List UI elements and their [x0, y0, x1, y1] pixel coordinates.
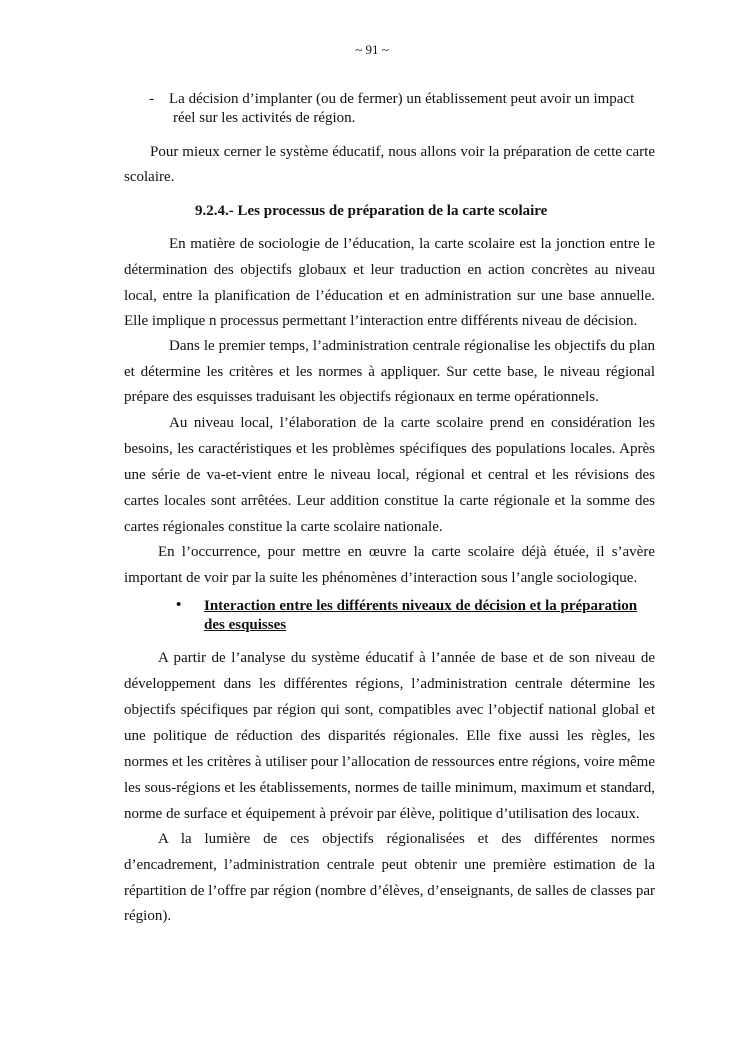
subheading-line: des esquisses — [204, 616, 286, 634]
paragraph-line: Elle implique n processus permettant l’i… — [124, 312, 637, 330]
list-marker: - — [149, 90, 154, 108]
paragraph-line: région). — [124, 907, 171, 925]
subheading-line: Interaction entre les différents niveaux… — [204, 597, 637, 615]
paragraph-line: objectifs spécifiques par région qui son… — [124, 701, 655, 719]
paragraph-line: normes et les critères à utiliser pour l… — [124, 753, 655, 771]
paragraph-line: une série de va-et-vient entre le niveau… — [124, 466, 655, 484]
paragraph-line: A la lumière de ces objectifs régionalis… — [158, 830, 655, 848]
paragraph-line: norme de surface et équipement à prévoir… — [124, 805, 640, 823]
paragraph-line: répartition de l’offre par région (nombr… — [124, 882, 655, 900]
paragraph-line: détermination des objectifs globaux et l… — [124, 261, 655, 279]
paragraph-line: d’encadrement, l’administration centrale… — [124, 856, 655, 874]
paragraph-line: et détermine les critères et les normes … — [124, 363, 655, 381]
paragraph-line: scolaire. — [124, 168, 174, 186]
paragraph-line: prépare des esquisses traduisant les obj… — [124, 388, 599, 406]
section-heading: 9.2.4.- Les processus de préparation de … — [195, 202, 547, 220]
paragraph-line: local, entre la planification de l’éduca… — [124, 287, 655, 305]
paragraph-line: Pour mieux cerner le système éducatif, n… — [150, 143, 655, 161]
paragraph-line: les sous-régions et les établissements, … — [124, 779, 655, 797]
list-item-line: réel sur les activités de région. — [173, 109, 355, 127]
paragraph-line: Dans le premier temps, l’administration … — [169, 337, 655, 355]
page-number: ~ 91 ~ — [0, 41, 744, 59]
paragraph-line: une politique de réduction des disparité… — [124, 727, 655, 745]
list-item-line: La décision d’implanter (ou de fermer) u… — [169, 90, 634, 108]
paragraph-line: cartes locales sont arrêtées. Leur addit… — [124, 492, 655, 510]
paragraph-line: En l’occurrence, pour mettre en œuvre la… — [158, 543, 655, 561]
paragraph-line: cartes régionales constitue la carte sco… — [124, 518, 443, 536]
paragraph-line: développement dans les différentes régio… — [124, 675, 655, 693]
paragraph-line: A partir de l’analyse du système éducati… — [158, 649, 655, 667]
paragraph-line: Au niveau local, l’élaboration de la car… — [169, 414, 655, 432]
paragraph-line: En matière de sociologie de l’éducation,… — [169, 235, 655, 253]
paragraph-line: important de voir par la suite les phéno… — [124, 569, 637, 587]
paragraph-line: besoins, les caractéristiques et les pro… — [124, 440, 655, 458]
bullet-icon: • — [176, 596, 181, 614]
